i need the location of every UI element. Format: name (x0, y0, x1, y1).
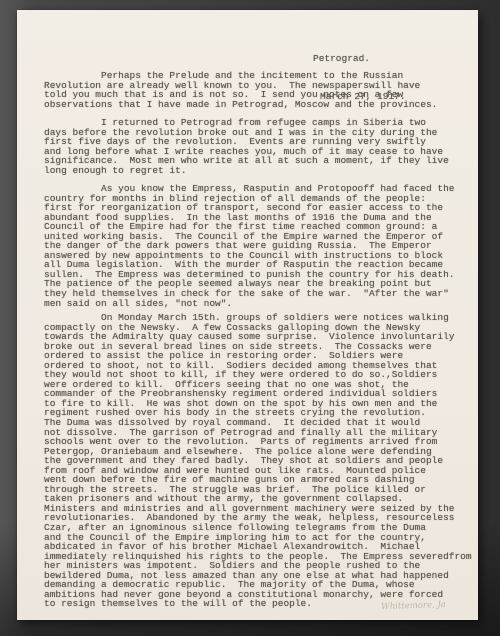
dateline-place: Petrograd. (313, 53, 406, 66)
paragraph-4: On Monday March 15th. groups of soldiers… (44, 313, 472, 609)
scan-background: Petrograd. March 27, 1917. Perhaps the P… (0, 0, 500, 636)
letter-page: Petrograd. March 27, 1917. Perhaps the P… (17, 10, 478, 620)
handwritten-annotation: Whittemore, Ja (381, 600, 446, 612)
paragraph-1: Perhaps the Prelude and the incitement t… (44, 71, 437, 109)
paragraph-3: As you know the Empress, Rasputin and Pr… (44, 184, 454, 308)
paragraph-2: I returned to Petrograd from refugee cam… (44, 118, 449, 175)
